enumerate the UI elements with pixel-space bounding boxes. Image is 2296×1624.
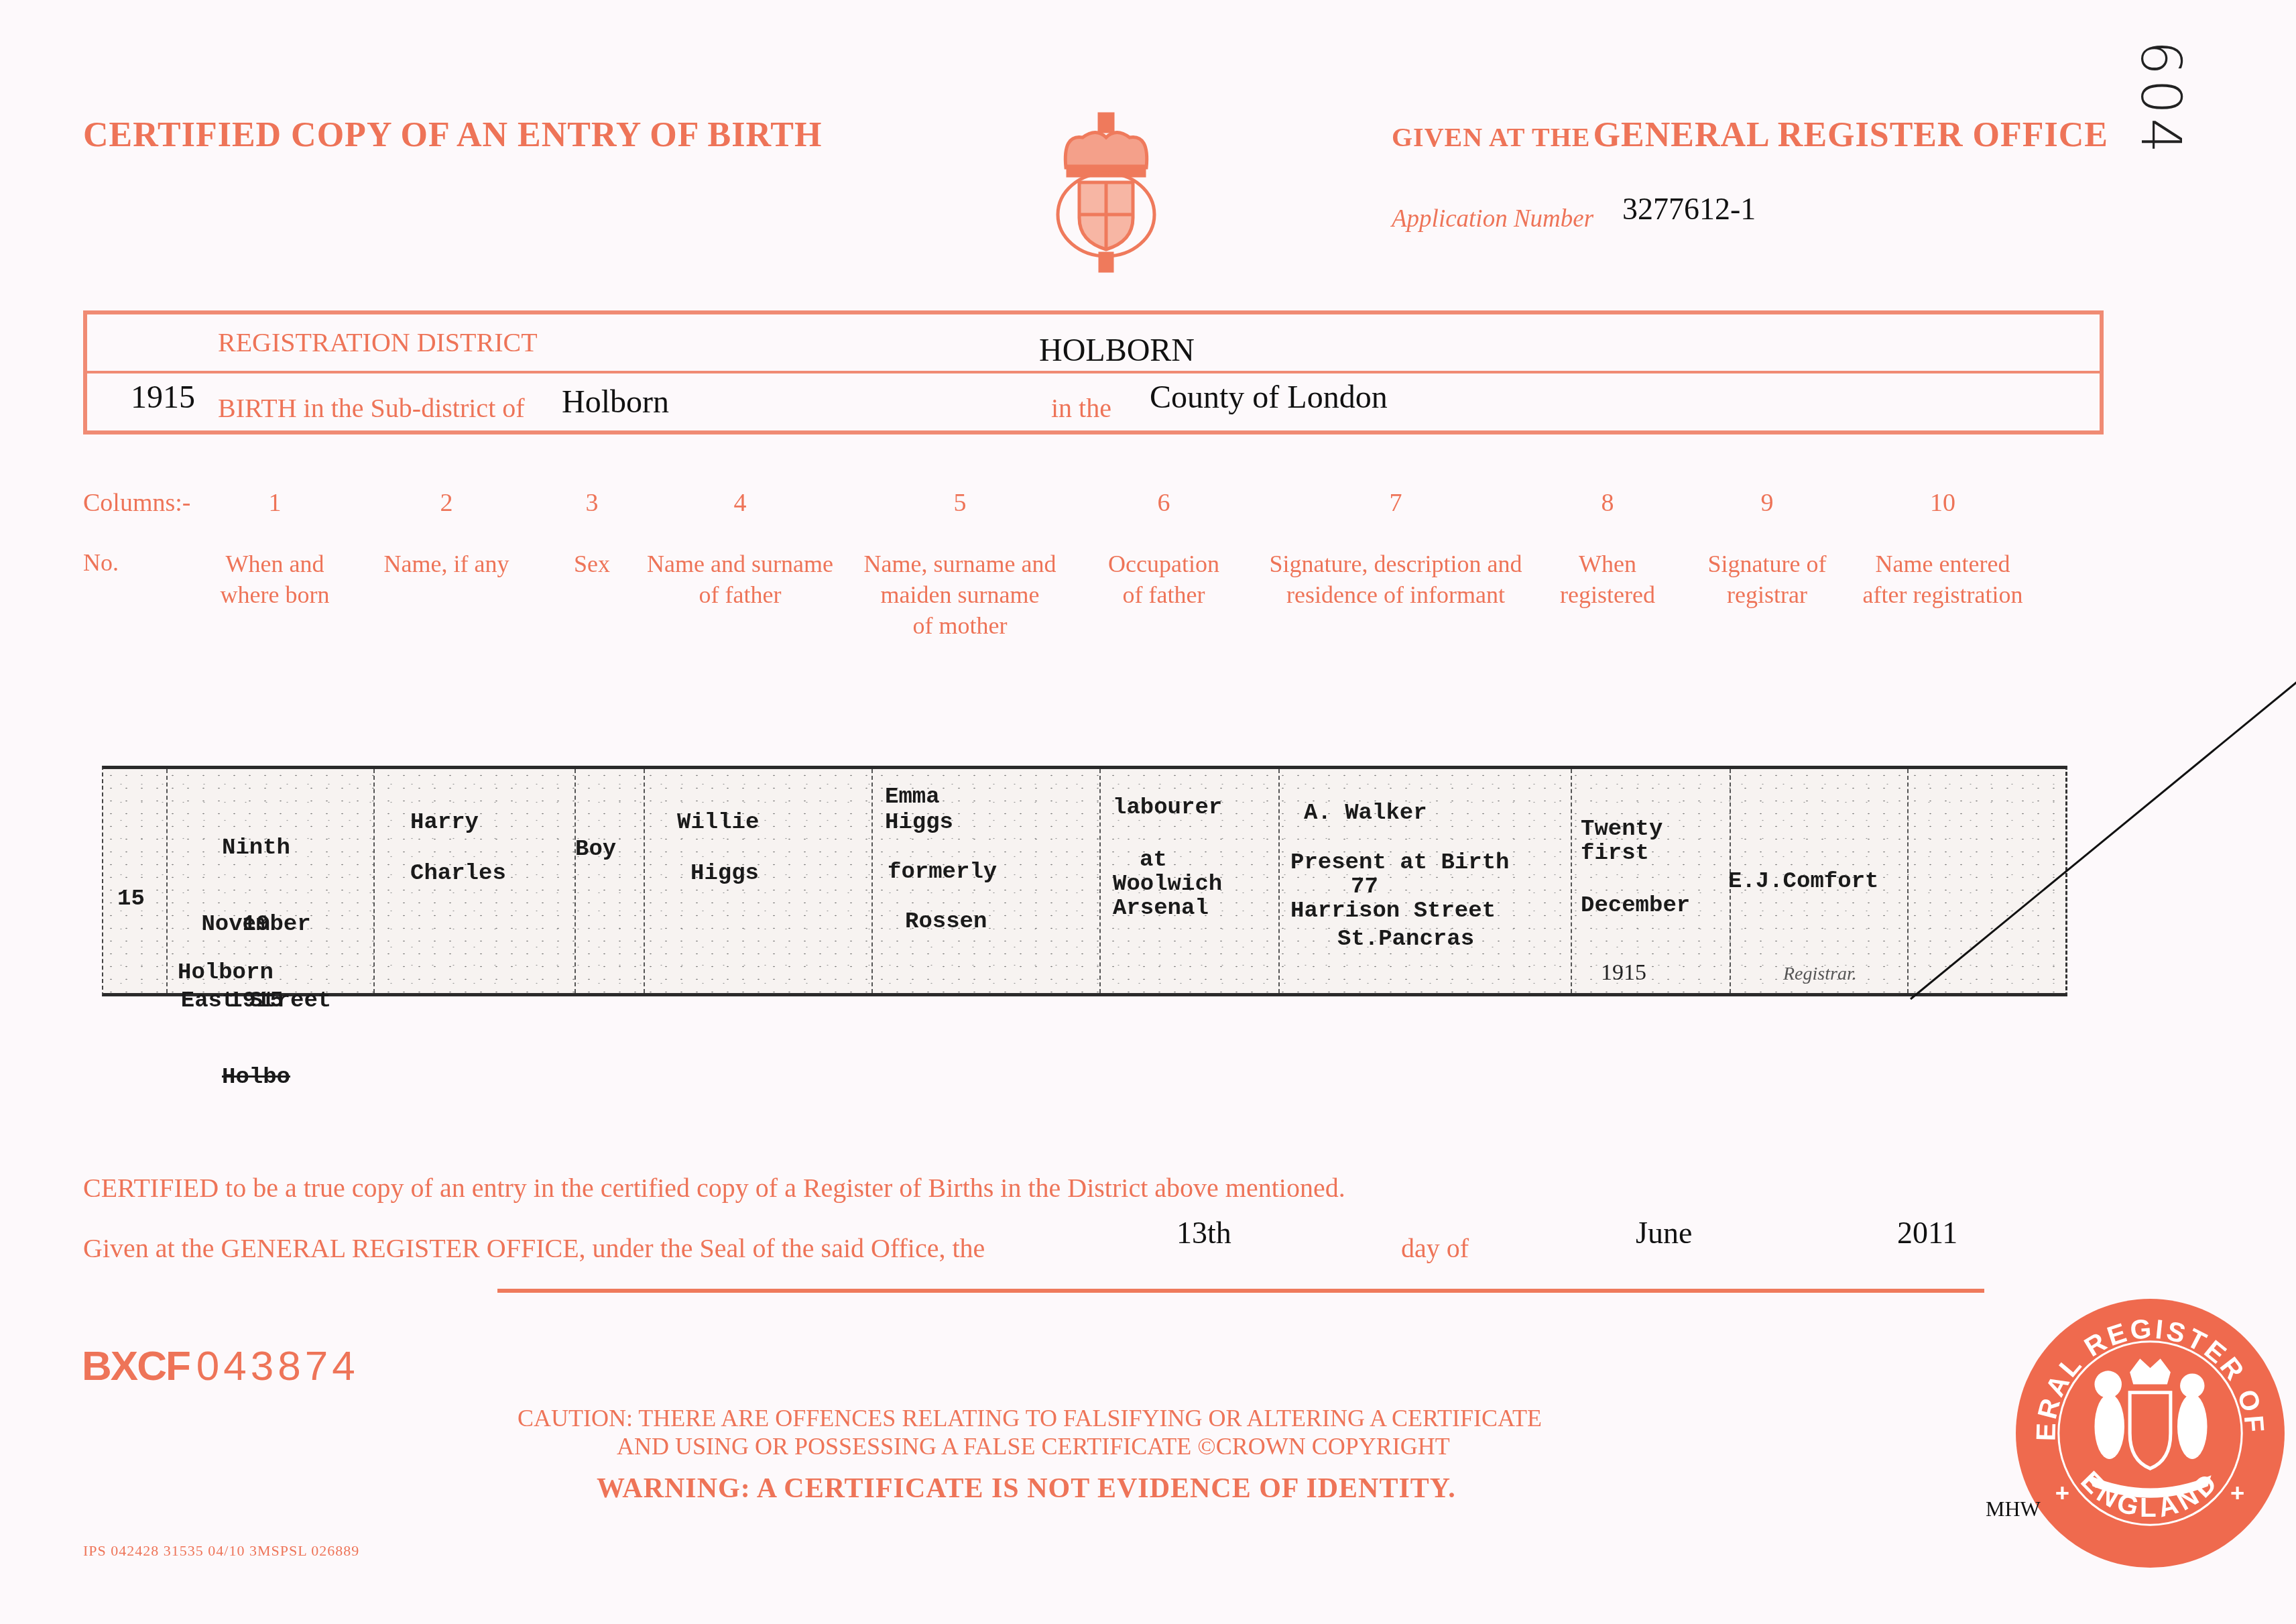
application-number: 3277612-1 bbox=[1622, 191, 1756, 227]
certification-given-at: Given at the GENERAL REGISTER OFFICE, un… bbox=[83, 1232, 985, 1264]
entry-number: 15 bbox=[117, 886, 145, 912]
column-number-3: 3 bbox=[586, 488, 599, 518]
application-number-label: Application Number bbox=[1392, 205, 1593, 233]
column-divider bbox=[373, 769, 375, 993]
county-label: in the bbox=[1051, 392, 1111, 424]
subdistrict: Holborn bbox=[562, 384, 669, 420]
column-number-2: 2 bbox=[440, 488, 453, 518]
column-heading-registrar: Signature ofregistrar bbox=[1708, 548, 1827, 610]
column-number-5: 5 bbox=[954, 488, 967, 518]
entry-birth-district: Holborn bbox=[178, 960, 274, 986]
entry-registered-month: December bbox=[1581, 893, 1690, 919]
entry-informant-district: St.Pancras bbox=[1337, 927, 1474, 952]
column-divider bbox=[1278, 769, 1280, 993]
column-number-9: 9 bbox=[1761, 488, 1774, 518]
registrar-caption: Registrar. bbox=[1783, 962, 1857, 987]
column-number-6: 6 bbox=[1158, 488, 1170, 518]
day-of-label: day of bbox=[1401, 1232, 1469, 1264]
column-no-heading: No. bbox=[83, 548, 119, 577]
registration-divider bbox=[83, 371, 2104, 373]
entry-informant-house-number: 77 bbox=[1351, 874, 1378, 900]
entry-informant-street: Harrison Street bbox=[1290, 898, 1496, 924]
given-at-prefix: GIVEN AT THE bbox=[1392, 122, 1591, 152]
certification-year: 2011 bbox=[1897, 1215, 1957, 1251]
entry-father-surname: Higgs bbox=[690, 861, 759, 886]
entry-registered-year: 1915 bbox=[1601, 960, 1646, 986]
column-heading-sex: Sex bbox=[574, 548, 610, 579]
entry-occupation-at: at bbox=[1140, 848, 1167, 873]
column-divider bbox=[1099, 769, 1101, 993]
general-register-office-seal-icon: GENERAL REGISTER OFFICE ENGLAND + + bbox=[2014, 1297, 2286, 1569]
column-heading-mother: Name, surname andmaiden surnameof mother bbox=[864, 548, 1056, 641]
entry-mother-maiden-name: Rossen bbox=[905, 909, 987, 935]
struck-out-text: Holbo bbox=[176, 1065, 337, 1090]
entry-place-of-birth: 19 East Street Holbo bbox=[176, 861, 337, 1116]
column-number-10: 10 bbox=[1930, 488, 1955, 518]
column-divider bbox=[575, 769, 576, 993]
svg-text:+: + bbox=[2055, 1479, 2069, 1507]
column-heading-name: Name, if any bbox=[384, 548, 509, 579]
column-heading-name-after-registration: Name enteredafter registration bbox=[1863, 548, 2023, 610]
entry-informant-name: A. Walker bbox=[1304, 801, 1427, 826]
entry-mother-surname: Higgs bbox=[885, 810, 953, 835]
entry-registered-day-1: Twenty bbox=[1581, 817, 1663, 842]
registration-district: HOLBORN bbox=[1039, 332, 1195, 369]
entry-mother-forename: Emma bbox=[885, 785, 940, 810]
entry-child-forename-1: Harry bbox=[410, 810, 479, 835]
office-name: GENERAL REGISTER OFFICE bbox=[1593, 116, 2109, 154]
columns-label: Columns:- bbox=[83, 488, 190, 518]
svg-text:+: + bbox=[2230, 1479, 2244, 1507]
handwritten-note: 604 bbox=[2128, 40, 2192, 158]
entry-sex: Boy bbox=[575, 837, 616, 862]
registration-district-label: REGISTRATION DISTRICT bbox=[218, 327, 538, 358]
cancellation-line bbox=[1904, 671, 2296, 1006]
column-number-8: 8 bbox=[1602, 488, 1614, 518]
column-heading-father: Name and surnameof father bbox=[647, 548, 833, 610]
entry-father-forename: Willie bbox=[677, 810, 759, 835]
subdistrict-label: BIRTH in the Sub-district of bbox=[218, 392, 525, 424]
column-heading-informant: Signature, description andresidence of i… bbox=[1270, 548, 1522, 610]
column-divider bbox=[1571, 769, 1572, 993]
certification-month: June bbox=[1636, 1215, 1692, 1251]
registration-year: 1915 bbox=[131, 379, 195, 416]
column-number-7: 7 bbox=[1390, 488, 1402, 518]
entry-registrar-signature: E.J.Comfort bbox=[1728, 869, 1878, 894]
column-heading-when-registered: Whenregistered bbox=[1560, 548, 1655, 610]
issuer-initials: MHW bbox=[1986, 1497, 2041, 1521]
county: County of London bbox=[1150, 379, 1388, 416]
certification-statement: CERTIFIED to be a true copy of an entry … bbox=[83, 1172, 1345, 1204]
issuing-office-heading: GIVEN AT THE GENERAL REGISTER OFFICE bbox=[1392, 115, 2108, 155]
column-divider bbox=[644, 769, 645, 993]
caution-line-2: AND USING OR POSSESSING A FALSE CERTIFIC… bbox=[617, 1432, 1450, 1460]
column-number-4: 4 bbox=[734, 488, 747, 518]
entry-occupation-place-2: Arsenal bbox=[1113, 896, 1209, 921]
certificate-serial-number: BXCF043874 bbox=[82, 1342, 359, 1390]
serial-prefix: BXCF bbox=[82, 1343, 190, 1389]
entry-mother-formerly: formerly bbox=[888, 860, 997, 885]
entry-child-forename-2: Charles bbox=[410, 861, 506, 886]
column-number-1: 1 bbox=[269, 488, 282, 518]
signature-rule bbox=[497, 1289, 1984, 1293]
serial-digits: 043874 bbox=[196, 1343, 359, 1389]
column-divider bbox=[871, 769, 873, 993]
column-heading-when-where-born: When andwhere born bbox=[221, 548, 330, 610]
entry-informant-description: Present at Birth bbox=[1290, 850, 1509, 876]
identity-warning: WARNING: A CERTIFICATE IS NOT EVIDENCE O… bbox=[597, 1472, 1456, 1505]
entry-occupation-place-1: Woolwich bbox=[1113, 872, 1222, 897]
certification-day: 13th bbox=[1176, 1215, 1231, 1251]
column-divider bbox=[166, 769, 168, 993]
entry-father-occupation: labourer bbox=[1113, 795, 1222, 821]
print-reference-code: IPS 042428 31535 04/10 3MSPSL 026889 bbox=[83, 1542, 359, 1560]
certificate-title: CERTIFIED COPY OF AN ENTRY OF BIRTH bbox=[83, 115, 822, 155]
caution-line-1: CAUTION: THERE ARE OFFENCES RELATING TO … bbox=[518, 1404, 1542, 1432]
column-heading-occupation: Occupationof father bbox=[1108, 548, 1219, 610]
entry-registered-day-2: first bbox=[1581, 841, 1649, 866]
royal-crest-icon bbox=[1042, 107, 1170, 275]
